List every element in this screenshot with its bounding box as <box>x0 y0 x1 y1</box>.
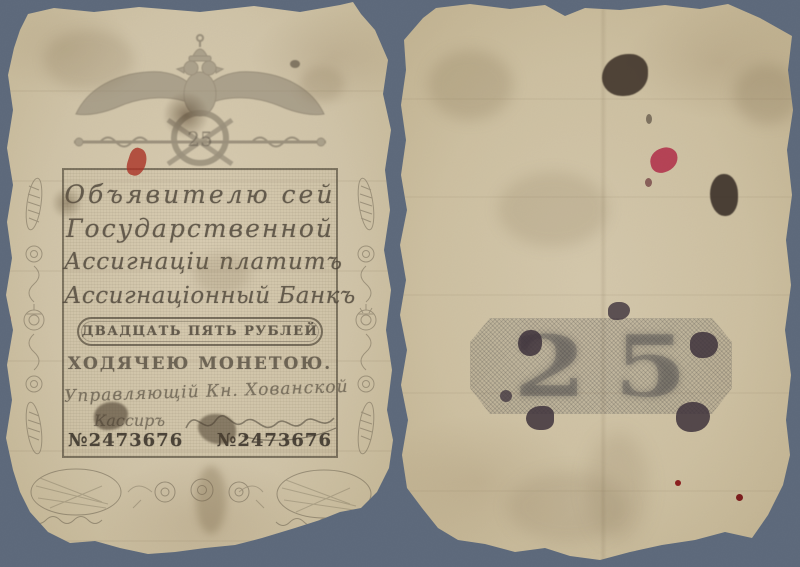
ink-blotch <box>602 54 648 96</box>
stain <box>52 186 82 220</box>
banknote-back: 25 <box>398 2 796 565</box>
red-speck <box>675 480 681 486</box>
emblem-numeral: 25 <box>187 127 212 151</box>
manager-signature-line: Управляющій Кн. Хованской <box>64 377 337 406</box>
stain <box>645 178 652 187</box>
stain <box>428 50 513 120</box>
obligation-line-3: Ассигнаціи платитъ <box>64 249 336 275</box>
obligation-line-4: Ассигнаціонный Банкъ <box>64 283 336 309</box>
denomination-box: ДВАДЦАТЬ ПЯТЬ РУБЛЕЙ <box>77 317 323 346</box>
text-frame: Объявителю сей Государственной Ассигнаці… <box>62 168 338 458</box>
serial-numbers: №2473676 №2473676 <box>68 430 332 451</box>
stain <box>734 64 800 124</box>
ink-blotch <box>500 390 512 402</box>
red-edge-mark <box>2 312 11 328</box>
ink-blotch <box>526 406 554 430</box>
photo-canvas: 25 <box>0 0 800 567</box>
imperial-eagle-emblem: 25 <box>70 30 330 170</box>
ink-blotch <box>518 330 542 356</box>
red-wax-mark <box>647 145 680 175</box>
obligation-line-2: Государственной <box>64 214 336 243</box>
ink-blotch <box>690 332 718 358</box>
cashier-signature <box>182 398 338 442</box>
serial-number-left: №2473676 <box>68 430 183 451</box>
serial-number-right: №2473676 <box>217 430 332 451</box>
stain <box>194 254 250 294</box>
ghost-denomination-panel: 25 <box>470 318 732 414</box>
ink-blotch <box>94 402 128 430</box>
stain <box>498 172 608 247</box>
stain <box>588 432 648 542</box>
ink-blotch <box>710 174 738 216</box>
stain <box>300 66 344 102</box>
stain <box>290 60 300 68</box>
ornament-band-left <box>20 170 48 462</box>
stain <box>508 472 628 542</box>
denomination-text: ДВАДЦАТЬ ПЯТЬ РУБЛЕЙ <box>82 324 319 339</box>
ink-blotch <box>198 414 236 444</box>
ornament-band-bottom <box>20 466 382 526</box>
coin-line: ХОДЯЧЕЮ МОНЕТОЮ. <box>64 354 336 374</box>
obligation-line-1: Объявителю сей <box>64 180 336 209</box>
ink-blotch <box>608 302 630 320</box>
red-speck <box>736 494 743 501</box>
cashier-label: Кассиръ <box>94 411 165 430</box>
ink-blotch <box>676 402 710 432</box>
banknote-front: 25 <box>4 2 396 558</box>
stain <box>44 30 134 90</box>
ghost-numeral: 25 <box>513 317 714 416</box>
stain <box>196 466 226 534</box>
stain <box>646 114 652 124</box>
paper-grain-overlay <box>0 0 800 567</box>
stain <box>162 92 210 138</box>
ornament-band-right <box>352 170 380 462</box>
red-seal-mark <box>124 146 150 178</box>
